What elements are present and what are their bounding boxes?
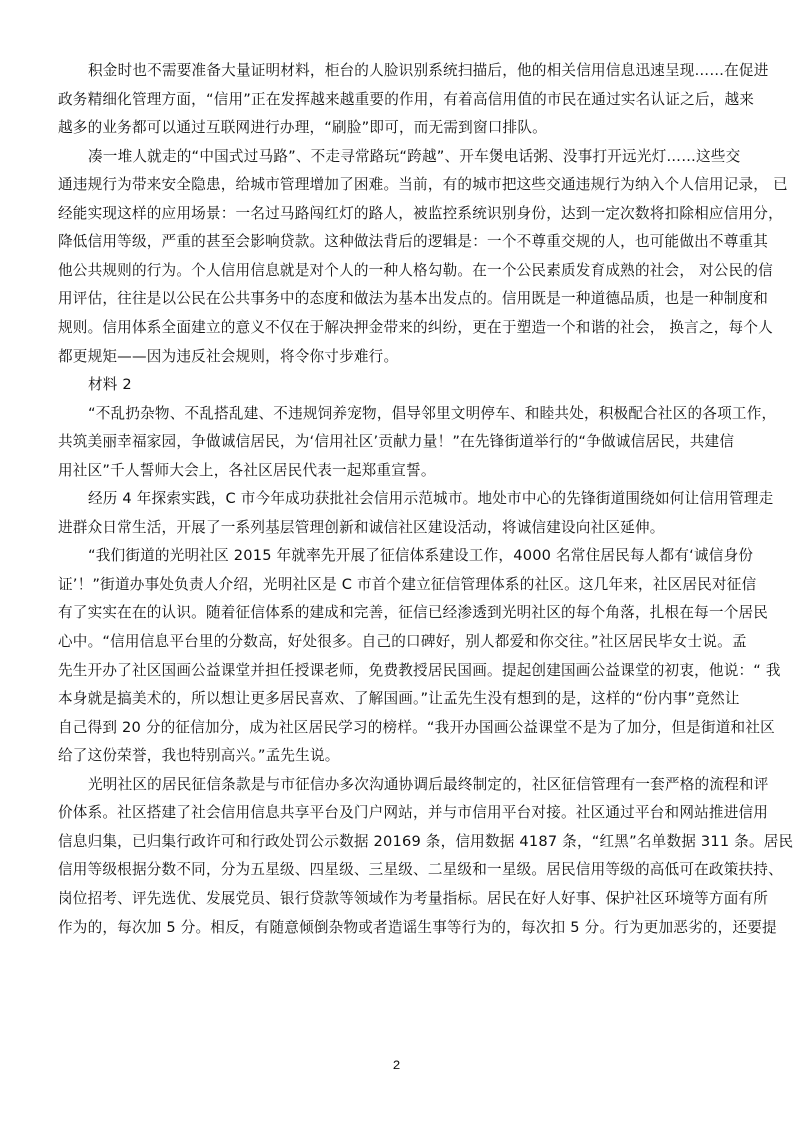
text-line: 自己得到 20 分的征信加分，成为社区居民学习的榜样。“我开办国画公益课堂不是为… (58, 718, 768, 738)
text-line: 材料 2 (88, 375, 768, 395)
text-line: 规则。信用体系全面建立的意义不仅在于解决押金带来的纠纷，更在于塑造一个和谐的社会… (58, 318, 768, 338)
page-number: 2 (0, 1058, 793, 1073)
text-line: 共筑美丽幸福家园，争做诚信居民，为‘信用社区’贡献力量！”在先锋街道举行的“争做… (58, 432, 768, 452)
text-line: 降低信用等级，严重的甚至会影响贷款。这种做法背后的逻辑是：一个不尊重交规的人，也… (58, 232, 768, 252)
text-line: 用社区”千人誓师大会上，各社区居民代表一起郑重宣誓。 (58, 461, 768, 481)
text-line: 信用等级根据分数不同，分为五星级、四星级、三星级、二星级和一星级。居民信用等级的… (58, 860, 768, 880)
text-line: 价体系。社区搭建了社会信用信息共享平台及门户网站，并与市信用平台对接。社区通过平… (58, 803, 768, 823)
text-line: 先生开办了社区国画公益课堂并担任授课老师，免费教授居民国画。提起创建国画公益课堂… (58, 661, 768, 681)
text-line: “不乱扔杂物、不乱搭乱建、不违规饲养宠物，倡导邻里文明停车、和睦共处，积极配合社… (88, 404, 768, 424)
text-line: 通违规行为带来安全隐患，给城市管理增加了困难。当前，有的城市把这些交通违规行为纳… (58, 175, 768, 195)
text-line: 光明社区的居民征信条款是与市征信办多次沟通协调后最终制定的，社区征信管理有一套严… (88, 775, 768, 795)
text-line: “我们街道的光明社区 2015 年就率先开展了征信体系建设工作，4000 名常住… (88, 546, 768, 566)
text-line: 信息归集，已归集行政许可和行政处罚公示数据 20169 条，信用数据 4187 … (58, 832, 768, 852)
text-line: 用评估，往往是以公民在公共事务中的态度和做法为基本出发点的。信用既是一种道德品质… (58, 289, 768, 309)
text-line: 他公共规则的行为。个人信用信息就是对个人的一种人格勾勒。在一个公民素质发育成熟的… (58, 261, 768, 281)
text-line: 岗位招考、评先选优、发展党员、银行贷款等领域作为考量指标。居民在好人好事、保护社… (58, 889, 768, 909)
text-line: 作为的，每次加 5 分。相反，有随意倾倒杂物或者造谣生事等行为的，每次扣 5 分… (58, 918, 768, 938)
text-line: 给了这份荣誉，我也特别高兴。”孟先生说。 (58, 746, 768, 766)
text-line: 都更规矩——因为违反社会规则，将令你寸步难行。 (58, 347, 768, 367)
text-line: 本身就是搞美术的，所以想让更多居民喜欢、了解国画。”让孟先生没有想到的是，这样的… (58, 689, 768, 709)
text-line: 经能实现这样的应用场景：一名过马路闯红灯的路人，被监控系统识别身份，达到一定次数… (58, 204, 768, 224)
document-page: 积金时也不需要准备大量证明材料，柜台的人脸识别系统扫描后，他的相关信用信息迅速呈… (0, 0, 793, 1121)
text-line: 越多的业务都可以通过互联网进行办理，“刷脸”即可，而无需到窗口排队。 (58, 118, 768, 138)
text-line: 政务精细化管理方面，“信用”正在发挥越来越重要的作用，有着高信用值的市民在通过实… (58, 90, 768, 110)
text-line: 证’！”街道办事处负责人介绍，光明社区是 C 市首个建立征信管理体系的社区。这几… (58, 575, 768, 595)
text-line: 有了实实在在的认识。随着征信体系的建成和完善，征信已经渗透到光明社区的每个角落，… (58, 603, 768, 623)
text-line: 心中。“信用信息平台里的分数高，好处很多。自己的口碑好，别人都爱和你交往。”社区… (58, 632, 768, 652)
text-line: 凑一堆人就走的“中国式过马路”、不走寻常路玩“跨越”、开车煲电话粥、没事打开远光… (88, 147, 768, 167)
text-line: 经历 4 年探索实践，C 市今年成功获批社会信用示范城市。地处市中心的先锋街道围… (88, 489, 768, 509)
text-line: 进群众日常生活，开展了一系列基层管理创新和诚信社区建设活动，将诚信建设向社区延伸… (58, 518, 768, 538)
text-line: 积金时也不需要准备大量证明材料，柜台的人脸识别系统扫描后，他的相关信用信息迅速呈… (88, 61, 768, 81)
